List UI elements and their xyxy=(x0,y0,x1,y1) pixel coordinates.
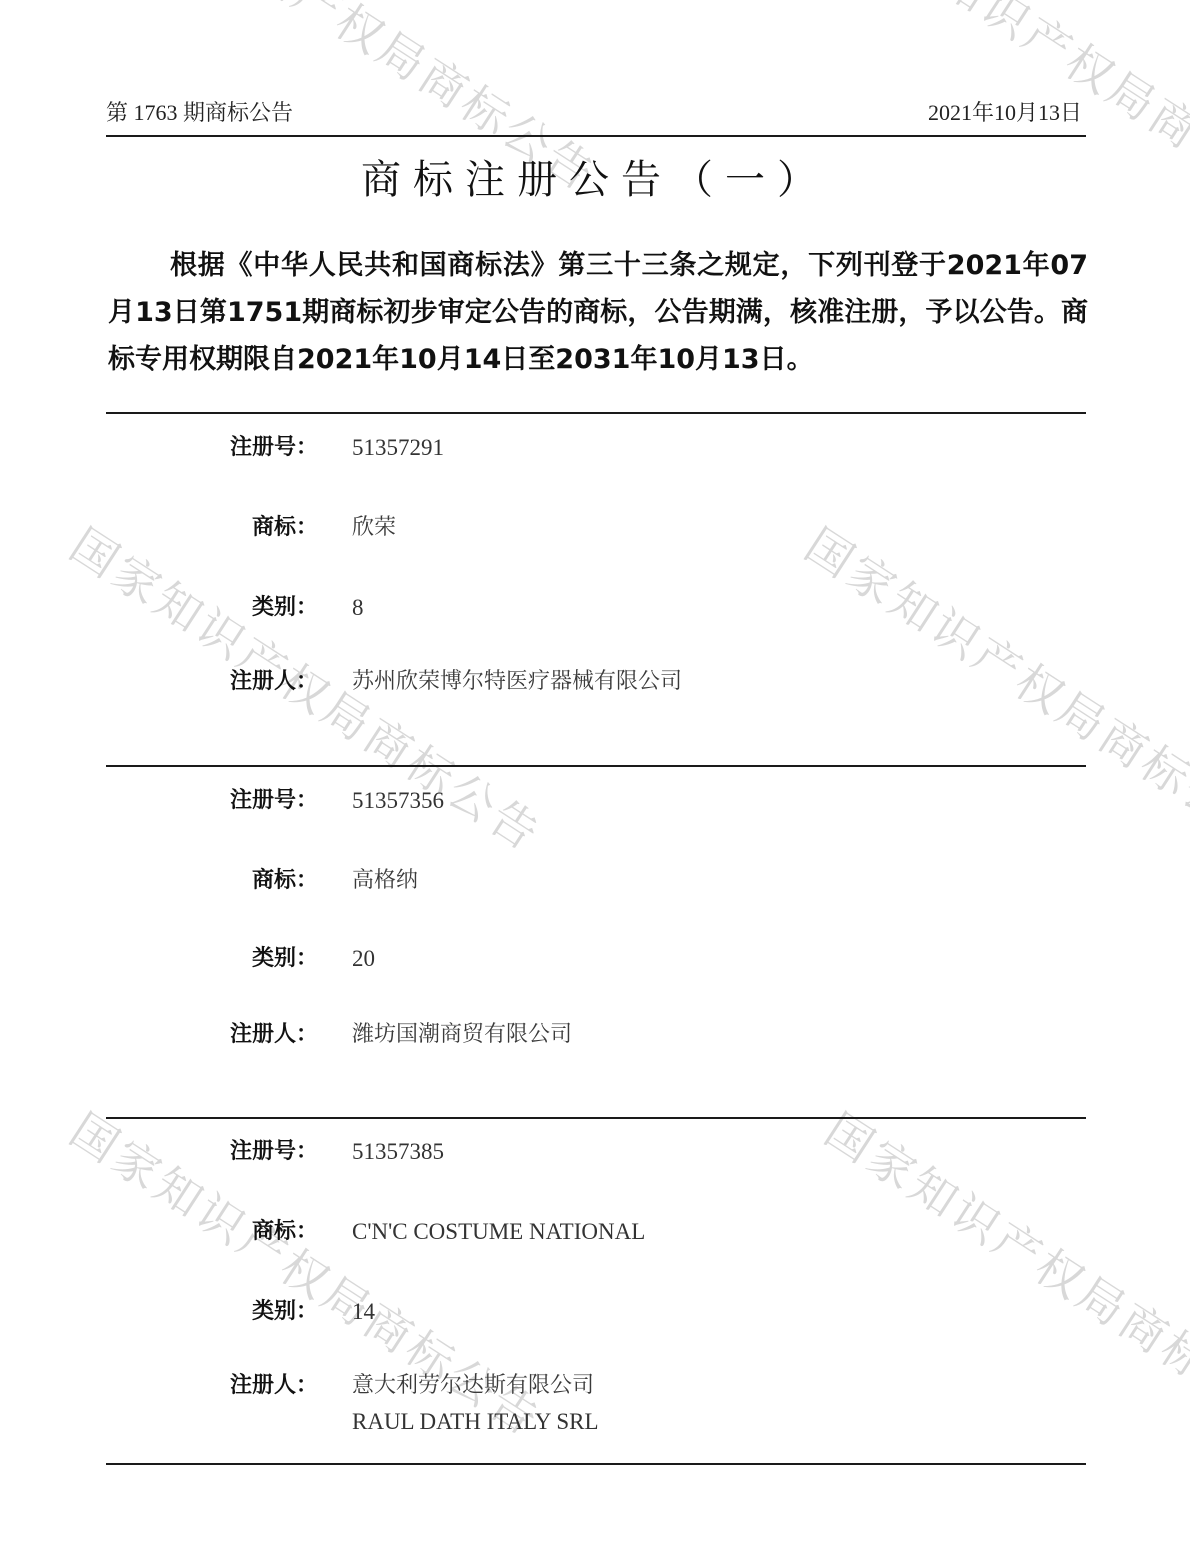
reg-no-value: 51357385 xyxy=(352,1134,444,1170)
class-label: 类别： xyxy=(252,941,318,972)
class-value: 8 xyxy=(352,590,364,626)
reg-no-label: 注册号： xyxy=(230,783,318,814)
registrant-name-en: RAUL DATH ITALY SRL xyxy=(352,1404,599,1440)
field-registrant: 注册人： 苏州欣荣博尔特医疗器械有限公司 xyxy=(0,664,1190,698)
class-value: 14 xyxy=(352,1294,375,1330)
field-trademark: 商标： C'N'C COSTUME NATIONAL xyxy=(0,1214,1190,1248)
field-class: 类别： 14 xyxy=(0,1294,1190,1328)
section-divider xyxy=(106,1117,1086,1119)
field-class: 类别： 20 xyxy=(0,941,1190,975)
trademark-label: 商标： xyxy=(252,863,318,894)
registrant-label: 注册人： xyxy=(230,1017,318,1048)
field-trademark: 商标： 欣荣 xyxy=(0,510,1190,544)
registrant-value: 意大利劳尔达斯有限公司 RAUL DATH ITALY SRL xyxy=(352,1368,599,1440)
section-divider xyxy=(106,765,1086,767)
reg-no-value: 51357291 xyxy=(352,430,444,466)
class-label: 类别： xyxy=(252,590,318,621)
reg-no-value: 51357356 xyxy=(352,783,444,819)
issue-number: 第 1763 期商标公告 xyxy=(106,96,293,127)
field-registrant: 注册人： 潍坊国潮商贸有限公司 xyxy=(0,1017,1190,1051)
page-header: 第 1763 期商标公告 2021年10月13日 xyxy=(106,96,1086,136)
header-divider xyxy=(106,135,1086,137)
reg-no-label: 注册号： xyxy=(230,430,318,461)
field-class: 类别： 8 xyxy=(0,590,1190,624)
field-reg-no: 注册号： 51357356 xyxy=(0,783,1190,817)
registrant-value: 潍坊国潮商贸有限公司 xyxy=(352,1017,572,1053)
registrant-label: 注册人： xyxy=(230,664,318,695)
field-trademark: 商标： 高格纳 xyxy=(0,863,1190,897)
trademark-label: 商标： xyxy=(252,1214,318,1245)
field-registrant: 注册人： 意大利劳尔达斯有限公司 RAUL DATH ITALY SRL xyxy=(0,1368,1190,1438)
trademark-value: 欣荣 xyxy=(352,510,396,546)
field-reg-no: 注册号： 51357291 xyxy=(0,430,1190,464)
page-title: 商标注册公告（一） xyxy=(0,148,1190,205)
footer-divider xyxy=(106,1463,1086,1465)
trademark-value: 高格纳 xyxy=(352,863,418,899)
section-divider xyxy=(106,412,1086,414)
intro-paragraph: 根据《中华人民共和国商标法》第三十三条之规定，下列刊登于2021年07月13日第… xyxy=(108,242,1088,383)
trademark-label: 商标： xyxy=(252,510,318,541)
class-label: 类别： xyxy=(252,1294,318,1325)
document-page: 国家知识产权局商标公告 国家知识产权局商标公告 国家知识产权局商标公告 国家知识… xyxy=(0,0,1190,1564)
registrant-name-cn: 意大利劳尔达斯有限公司 xyxy=(352,1373,594,1398)
field-reg-no: 注册号： 51357385 xyxy=(0,1134,1190,1168)
registrant-label: 注册人： xyxy=(230,1368,318,1399)
class-value: 20 xyxy=(352,941,375,977)
issue-date: 2021年10月13日 xyxy=(928,96,1082,127)
registrant-value: 苏州欣荣博尔特医疗器械有限公司 xyxy=(352,664,682,700)
reg-no-label: 注册号： xyxy=(230,1134,318,1165)
trademark-value: C'N'C COSTUME NATIONAL xyxy=(352,1214,645,1250)
